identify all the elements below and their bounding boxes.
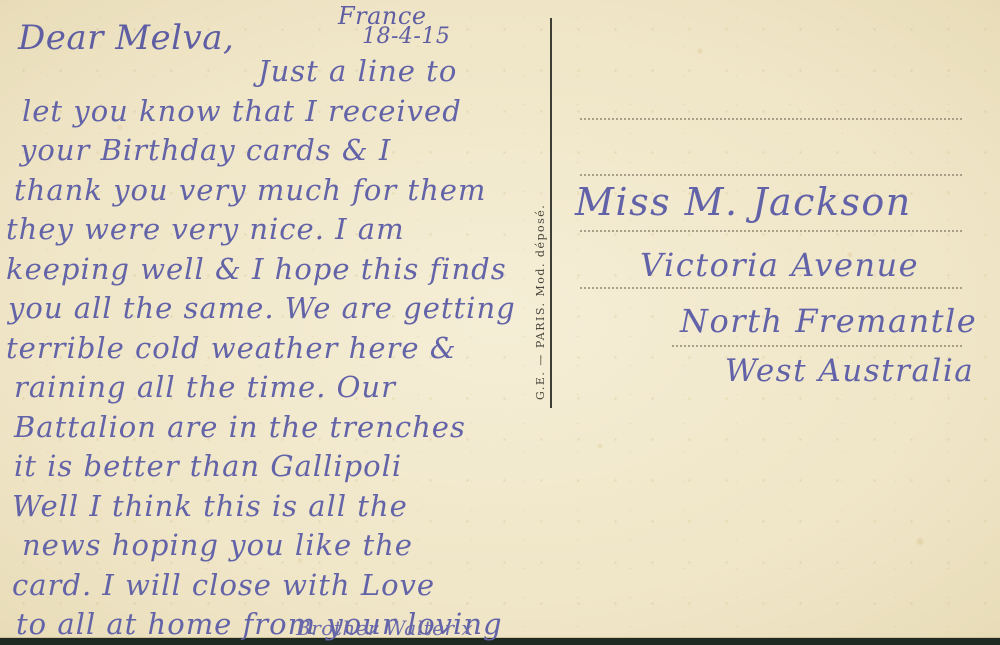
letter-line: they were very nice. I am <box>0 210 560 250</box>
letter-signature: Brother Walter x <box>296 616 473 640</box>
address-region: West Australia <box>725 353 974 389</box>
letter-line: to all at home from your loving <box>0 605 560 645</box>
address-rule <box>580 287 962 289</box>
letter-line: Just a line to <box>0 52 560 92</box>
letter-line: Battalion are in the trenches <box>0 408 560 448</box>
address-rule <box>580 174 962 176</box>
letter-line: you all the same. We are getting <box>0 289 560 329</box>
center-divider <box>550 18 552 408</box>
address-rule <box>580 118 962 120</box>
letter-line: terrible cold weather here & <box>0 329 560 369</box>
letter-line: thank you very much for them <box>0 171 560 211</box>
letter-line: let you know that I received <box>0 92 560 132</box>
letter-line: your Birthday cards & I <box>0 131 560 171</box>
address-rule <box>580 230 962 232</box>
address-street: Victoria Avenue <box>640 246 919 284</box>
address-recipient: Miss M. Jackson <box>575 180 912 224</box>
letter-line: raining all the time. Our <box>0 368 560 408</box>
date-heading: 18-4-15 <box>362 24 450 49</box>
postcard-reverse: France 18-4-15 Dear Melva, Just a line t… <box>0 0 1000 638</box>
letter-line: it is better than Gallipoli <box>0 447 560 487</box>
printer-mark: G.E. — PARIS. Mod. déposé. <box>534 204 547 400</box>
letter-body: Just a line to let you know that I recei… <box>0 52 560 645</box>
address-town: North Fremantle <box>680 302 977 340</box>
letter-line: Well I think this is all the <box>0 487 560 527</box>
letter-line: news hoping you like the <box>0 526 560 566</box>
letter-line: card. I will close with Love <box>0 566 560 606</box>
address-rule <box>672 345 962 347</box>
letter-line: keeping well & I hope this finds <box>0 250 560 290</box>
